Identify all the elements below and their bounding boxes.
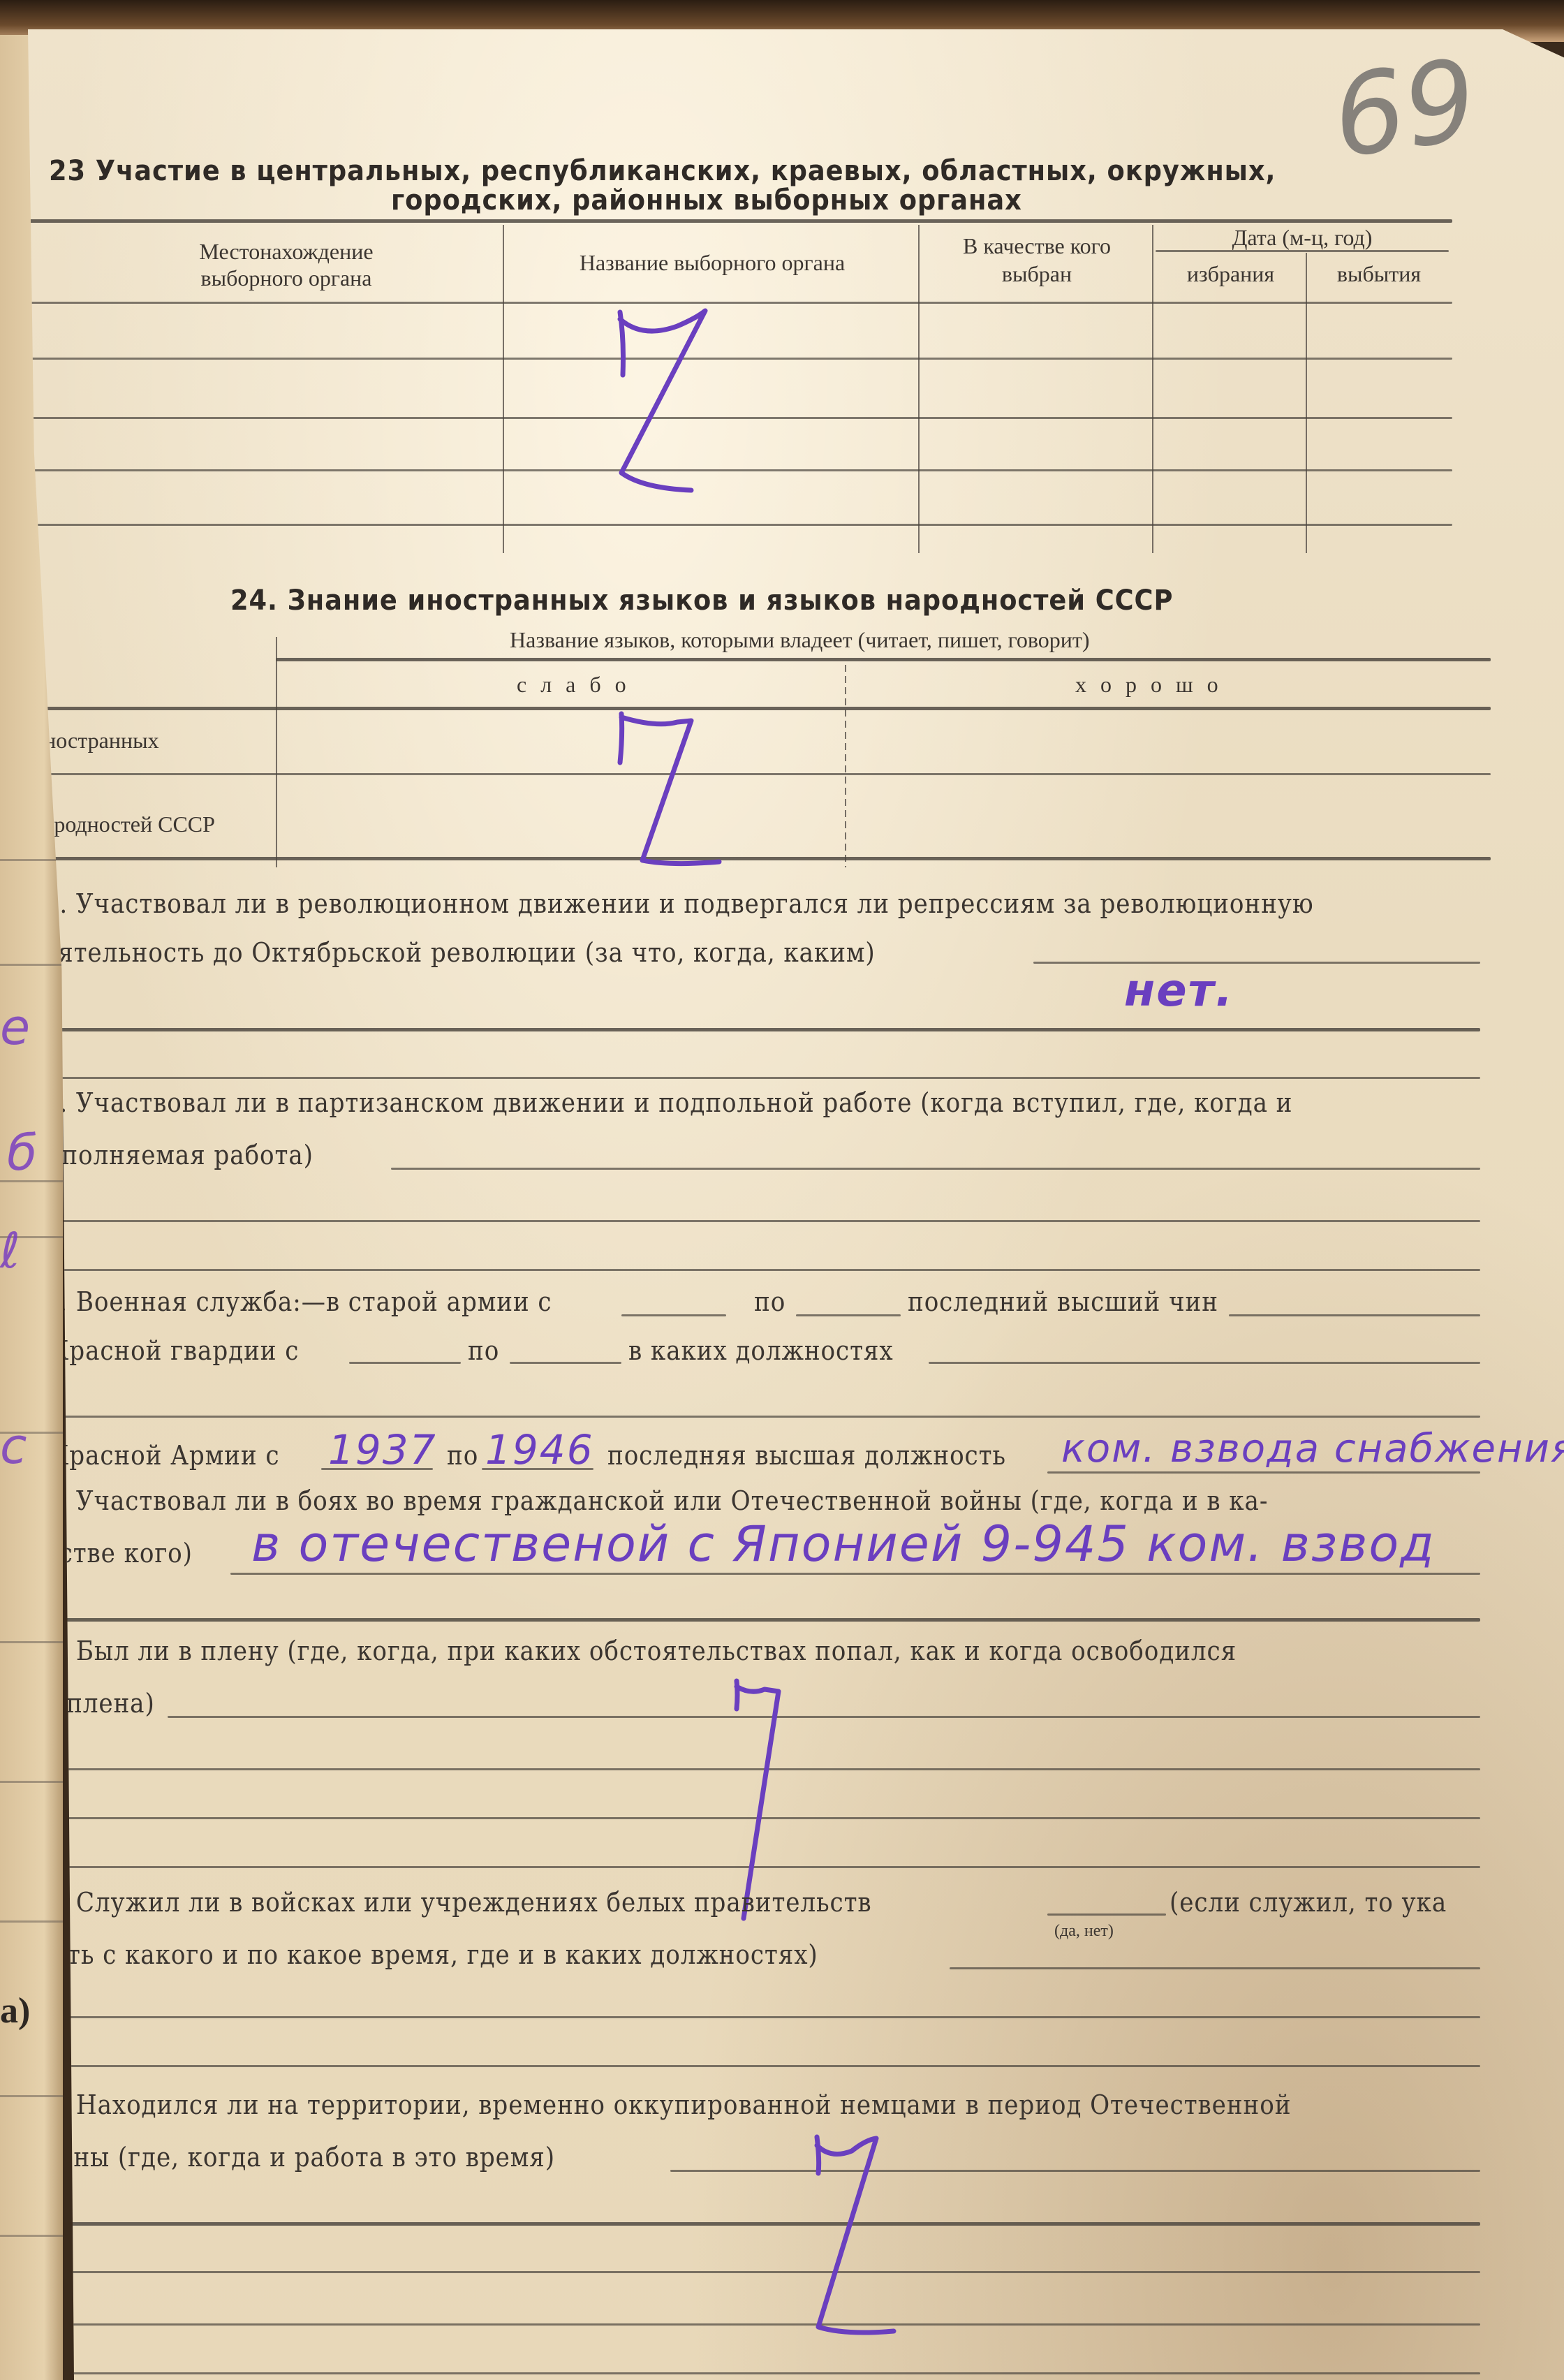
question-30-line1a: 30. Служил ли в войсках или учреждениях … xyxy=(28,1887,872,1918)
col-weak: с л а б о xyxy=(517,672,630,698)
question-30-hint: (да, нет) xyxy=(1054,1922,1114,1941)
answer-28: в отечественой с Японией 9-945 ком. взво… xyxy=(251,1515,1436,1573)
question-25-line2: деятельность до Октябрьской революции (з… xyxy=(28,937,876,968)
question-31-line1: 31. Находился ли на территории, временно… xyxy=(28,2089,1291,2120)
col-role-line1: В качестве кого xyxy=(922,233,1152,259)
section-23-title-line2: городских, районных выборных органах xyxy=(391,184,1022,216)
red-army-from-year: 1937 xyxy=(328,1426,437,1474)
question-27-line1c: последний высший чин xyxy=(908,1286,1218,1317)
adjacent-page-letter: а) xyxy=(0,1990,30,2032)
section-24-z-mark xyxy=(614,707,740,874)
col-date: Дата (м-ц, год) xyxy=(1156,225,1449,251)
question-27-line3a: в Красной Армии с xyxy=(28,1440,279,1471)
col-good: х о р о ш о xyxy=(1075,672,1223,698)
question-28-line1: 28. Участвовал ли в боях во время гражда… xyxy=(28,1485,1268,1516)
question-27-line2a: в Красной гвардии с xyxy=(28,1335,299,1366)
col-role-line2: выбран xyxy=(922,261,1152,287)
question-27-line1b: по xyxy=(754,1286,785,1317)
question-31-line2: войны (где, когда и работа в это время) xyxy=(28,2142,555,2173)
languages-header: Название языков, которыми владеет (читае… xyxy=(510,627,1090,653)
col-date-left: выбытия xyxy=(1309,261,1449,287)
question-26-line1: 26. Участвовал ли в партизанском движени… xyxy=(28,1087,1292,1118)
question-29-line1: 29. Был ли в плену (где, когда, при каки… xyxy=(28,1636,1237,1666)
section-23-z-mark xyxy=(614,305,726,501)
question-27-line3b: по xyxy=(447,1440,478,1471)
question-30-line2: жить с какого и по какое время, где и в … xyxy=(28,1939,818,1970)
section-31-z-mark xyxy=(810,2131,922,2341)
red-army-to-year: 1946 xyxy=(485,1426,594,1474)
row-ussr: Народностей СССР xyxy=(28,811,215,837)
question-27-line2b: по xyxy=(468,1335,499,1366)
section-23-title-line1: 23 Участие в центральных, республикански… xyxy=(49,155,1276,187)
question-27-line2c: в каких должностях xyxy=(628,1335,894,1366)
question-30-line1b: (если служил, то ука xyxy=(1170,1887,1447,1918)
page-number: 69 xyxy=(1325,34,1484,184)
question-26-line2: выполняемая работа) xyxy=(28,1140,313,1170)
question-27-line3c: последняя высшая должность xyxy=(607,1440,1006,1471)
last-position-answer: ком. взвода снабжения. xyxy=(1061,1426,1564,1471)
col-organ-name: Название выборного органа xyxy=(510,250,915,276)
question-27-line1a: 27. Военная служба:—в старой армии с xyxy=(28,1286,552,1317)
answer-25: нет. xyxy=(1124,965,1234,1017)
col-location-line2: выборного органа xyxy=(147,265,426,291)
col-location-line1: Местонахождение xyxy=(147,239,426,265)
col-date-elected: избрания xyxy=(1156,261,1306,287)
question-25-line1: 25. Участвовал ли в революционном движен… xyxy=(28,888,1314,919)
form-sheet: 69 23 Участие в центральных, республикан… xyxy=(28,29,1564,2380)
section-24-title: 24. Знание иностранных языков и языков н… xyxy=(230,585,1173,617)
